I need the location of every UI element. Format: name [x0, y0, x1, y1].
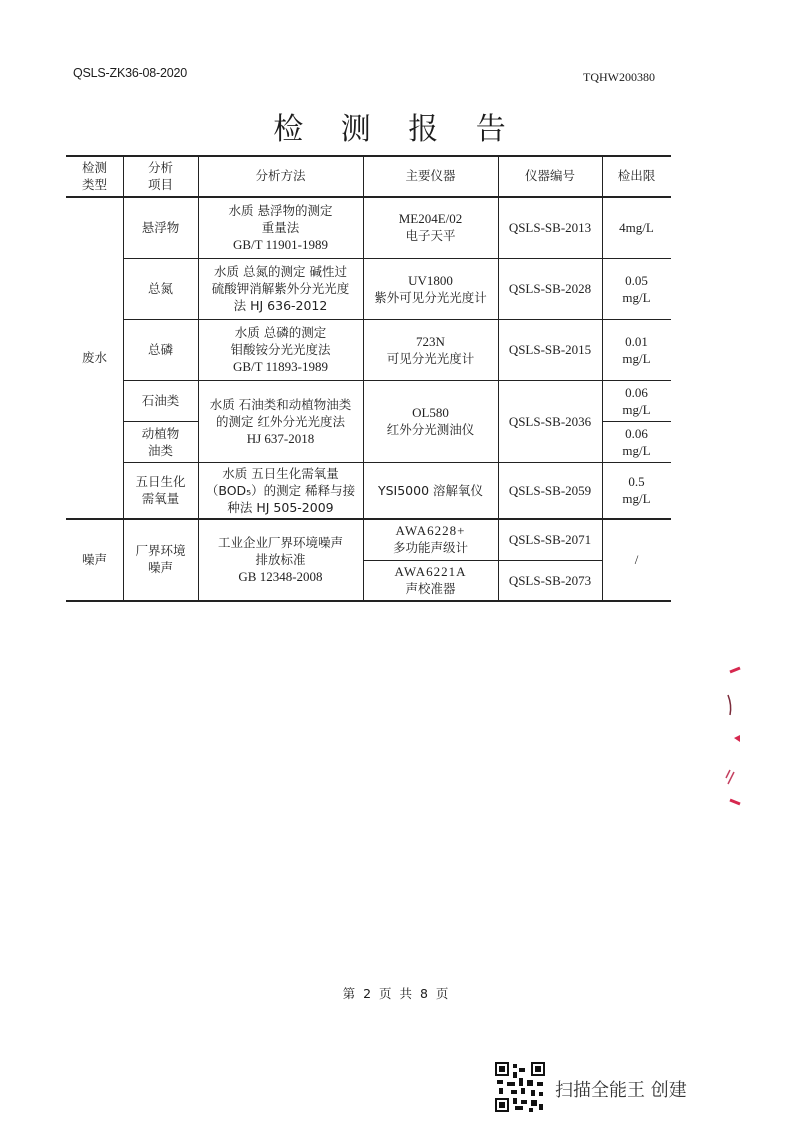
- limit-value: 0.05: [625, 272, 648, 289]
- type-wastewater: 废水: [66, 196, 123, 518]
- qr-code-icon: [495, 1062, 545, 1112]
- method-total-phosphorus: 水质 总磷的测定 钼酸铵分光光度法 GB/T 11893-1989: [198, 319, 363, 380]
- instrument-no-oils: QSLS-SB-2036: [498, 380, 602, 462]
- item-suspended-solids: 悬浮物: [123, 196, 198, 258]
- instrument-no-acoustic-calibrator: QSLS-SB-2073: [498, 560, 602, 600]
- method-total-nitrogen: 水质 总氮的测定 碱性过 硫酸钾消解紫外分光光度 法 HJ 636-2012: [198, 258, 363, 319]
- results-table: 检测 类型 分析 项目 分析方法 主要仪器 仪器编号 检出限 废水 悬浮物 水质…: [66, 155, 671, 601]
- item-line: 噪声: [148, 559, 173, 576]
- instrument-name: 紫外可见分光光度计: [374, 289, 487, 306]
- instrument-no-total-phosphorus: QSLS-SB-2015: [498, 319, 602, 380]
- item-line: 动植物: [142, 425, 180, 442]
- instrument-bod5: YSI5000 溶解氧仪: [363, 462, 498, 518]
- method-line: 重量法: [262, 219, 300, 236]
- instrument-total-nitrogen: UV1800 紫外可见分光光度计: [363, 258, 498, 319]
- method-standard: GB/T 11901-1989: [233, 236, 328, 253]
- instrument-model: UV1800: [408, 272, 453, 289]
- limit-petroleum: 0.06 mg/L: [602, 380, 671, 421]
- method-standard: 法 HJ 636-2012: [234, 297, 328, 314]
- limit-unit: mg/L: [622, 350, 650, 367]
- method-line: 水质 悬浮物的测定: [229, 202, 333, 219]
- instrument-no-bod5: QSLS-SB-2059: [498, 462, 602, 518]
- instrument-no-total-nitrogen: QSLS-SB-2028: [498, 258, 602, 319]
- doc-code: QSLS-ZK36-08-2020: [73, 66, 187, 80]
- limit-boundary-noise: /: [602, 518, 671, 600]
- method-standard: GB 12348-2008: [238, 568, 322, 585]
- instrument-acoustic-calibrator: AWA6221A 声校准器: [363, 560, 498, 600]
- col-header-type-line1: 检测: [82, 159, 107, 176]
- method-line: 水质 五日生化需氧量: [222, 465, 338, 482]
- method-line: 的测定 红外分光光度法: [216, 413, 345, 430]
- method-line: 水质 石油类和动植物油类: [210, 396, 351, 413]
- method-standard: HJ 637-2018: [247, 430, 315, 447]
- method-line: 钼酸铵分光光度法: [230, 341, 330, 358]
- instrument-suspended-solids: ME204E/02 电子天平: [363, 196, 498, 258]
- type-noise: 噪声: [66, 518, 123, 600]
- limit-total-nitrogen: 0.05 mg/L: [602, 258, 671, 319]
- limit-unit: mg/L: [622, 289, 650, 306]
- instrument-sound-level-meter: AWA6228+ 多功能声级计: [363, 518, 498, 560]
- limit-unit: mg/L: [622, 401, 650, 418]
- instrument-model: 723N: [416, 333, 445, 350]
- method-bod5: 水质 五日生化需氧量 （BOD₅）的测定 稀释与接 种法 HJ 505-2009: [198, 462, 363, 518]
- limit-suspended-solids: 4mg/L: [602, 196, 671, 258]
- scanner-watermark: 扫描全能王 创建: [555, 1076, 687, 1102]
- item-total-phosphorus: 总磷: [123, 319, 198, 380]
- page-number: 第 2 页 共 8 页: [0, 984, 793, 1002]
- item-boundary-noise: 厂界环境 噪声: [123, 518, 198, 600]
- instrument-no-suspended-solids: QSLS-SB-2013: [498, 196, 602, 258]
- method-line: 工业企业厂界环境噪声: [218, 534, 343, 551]
- instrument-no-sound-level-meter: QSLS-SB-2071: [498, 518, 602, 560]
- instrument-total-phosphorus: 723N 可见分光光度计: [363, 319, 498, 380]
- method-line: （BOD₅）的测定 稀释与接: [206, 482, 355, 499]
- method-line: 硫酸钾消解紫外分光光度: [212, 280, 350, 297]
- item-total-nitrogen: 总氮: [123, 258, 198, 319]
- item-line: 油类: [148, 442, 173, 459]
- col-header-limit: 检出限: [602, 155, 671, 196]
- method-standard: GB/T 11893-1989: [233, 358, 328, 375]
- instrument-name: 多功能声级计: [393, 539, 468, 556]
- item-line: 五日生化: [135, 473, 185, 490]
- method-standard: 种法 HJ 505-2009: [227, 499, 333, 516]
- limit-bod5: 0.5 mg/L: [602, 462, 671, 518]
- instrument-name: 红外分光测油仪: [387, 421, 475, 438]
- col-header-item-line2: 项目: [148, 176, 173, 193]
- item-bod5: 五日生化 需氧量: [123, 462, 198, 518]
- col-header-instrument: 主要仪器: [363, 155, 498, 196]
- item-animal-vegetable-oils: 动植物 油类: [123, 421, 198, 462]
- seal-stamp-icon: [718, 660, 758, 810]
- limit-value: 0.06: [625, 384, 648, 401]
- method-suspended-solids: 水质 悬浮物的测定 重量法 GB/T 11901-1989: [198, 196, 363, 258]
- limit-unit: mg/L: [622, 442, 650, 459]
- method-boundary-noise: 工业企业厂界环境噪声 排放标准 GB 12348-2008: [198, 518, 363, 600]
- limit-unit: mg/L: [622, 490, 650, 507]
- instrument-name: 声校准器: [405, 580, 455, 597]
- method-line: 水质 总氮的测定 碱性过: [214, 263, 347, 280]
- limit-value: 0.5: [628, 473, 644, 490]
- col-header-item-line1: 分析: [148, 159, 173, 176]
- instrument-model: AWA6221A: [395, 563, 467, 580]
- method-line: 排放标准: [255, 551, 305, 568]
- instrument-model: OL580: [412, 404, 449, 421]
- limit-animal-vegetable-oils: 0.06 mg/L: [602, 421, 671, 462]
- col-header-method: 分析方法: [198, 155, 363, 196]
- report-number: TQHW200380: [583, 70, 655, 85]
- method-line: 水质 总磷的测定: [235, 324, 326, 341]
- instrument-name: 可见分光光度计: [387, 350, 475, 367]
- limit-value: 0.06: [625, 425, 648, 442]
- col-header-instrument-no: 仪器编号: [498, 155, 602, 196]
- instrument-oils: OL580 红外分光测油仪: [363, 380, 498, 462]
- limit-value: 0.01: [625, 333, 648, 350]
- item-petroleum: 石油类: [123, 380, 198, 421]
- method-oils: 水质 石油类和动植物油类 的测定 红外分光光度法 HJ 637-2018: [198, 380, 363, 462]
- item-line: 需氧量: [142, 490, 180, 507]
- page-title: 检 测 报 告: [0, 104, 793, 148]
- instrument-name: 电子天平: [405, 227, 455, 244]
- col-header-type-line2: 类型: [82, 176, 107, 193]
- col-header-type: 检测 类型: [66, 155, 123, 196]
- instrument-model: ME204E/02: [399, 210, 463, 227]
- item-line: 厂界环境: [135, 542, 185, 559]
- limit-total-phosphorus: 0.01 mg/L: [602, 319, 671, 380]
- instrument-model: AWA6228+: [396, 522, 466, 539]
- col-header-item: 分析 项目: [123, 155, 198, 196]
